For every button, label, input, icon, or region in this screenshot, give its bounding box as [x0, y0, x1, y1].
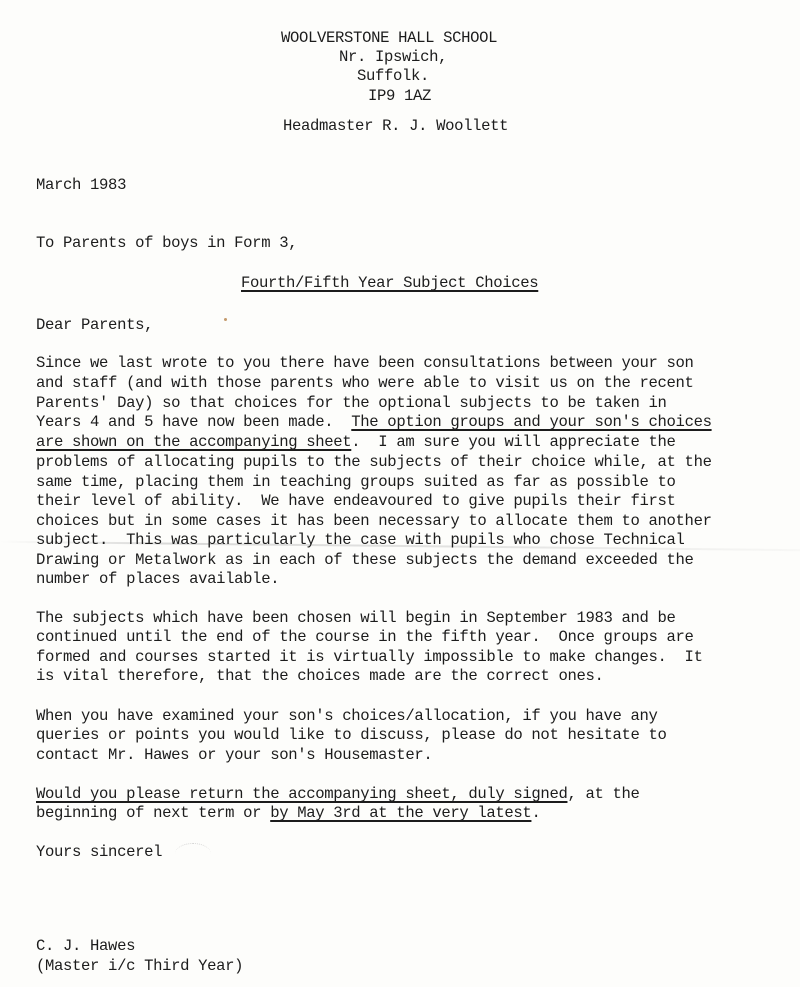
letter-recipient: To Parents of boys in Form 3, — [36, 234, 297, 253]
signatory-name: C. J. Hawes — [36, 937, 135, 956]
paragraph-line: Years 4 and 5 have now been made. The op… — [36, 413, 712, 432]
salutation: Dear Parents, — [36, 316, 153, 335]
paragraph-line: and staff (and with those parents who we… — [36, 374, 694, 393]
letterhead-school-name: WOOLVERSTONE HALL SCHOOL — [281, 29, 497, 48]
underlined-text: are shown on the accompanying sheet — [36, 433, 351, 451]
underlined-text: by May 3rd at the very latest — [270, 804, 531, 822]
paragraph-line: number of places available. — [36, 570, 279, 589]
letterhead-address-line1: Nr. Ipswich, — [339, 48, 447, 67]
paragraph-line: contact Mr. Hawes or your son's Housemas… — [36, 746, 432, 765]
paragraph-line: Since we last wrote to you there have be… — [36, 354, 694, 373]
letterhead-headmaster: Headmaster R. J. Woollett — [283, 117, 508, 136]
paragraph-line: beginning of next term or by May 3rd at … — [36, 804, 540, 823]
paragraph-line: same time, placing them in teaching grou… — [36, 473, 676, 492]
paragraph-line: is vital therefore, that the choices mad… — [36, 667, 604, 686]
paragraph-line: The subjects which have been chosen will… — [36, 609, 676, 628]
text-span: Years 4 and 5 have now been made. — [36, 413, 351, 431]
paragraph-line: continued until the end of the course in… — [36, 628, 694, 647]
paragraph-line: their level of ability. We have endeavou… — [36, 492, 676, 511]
text-span: . I am sure you will appreciate the — [351, 433, 675, 451]
letter-date: March 1983 — [36, 176, 126, 195]
letterhead-postcode: IP9 1AZ — [368, 87, 431, 106]
paragraph-line: queries or points you would like to disc… — [36, 726, 667, 745]
paragraph-line: Would you please return the accompanying… — [36, 785, 640, 804]
paragraph-line: formed and courses started it is virtual… — [36, 648, 703, 667]
letterhead-address-line2: Suffolk. — [357, 67, 429, 86]
signatory-title: (Master i/c Third Year) — [36, 957, 243, 976]
underlined-text: Would you please return the accompanying… — [36, 785, 567, 803]
text-span: . — [531, 804, 540, 822]
closing: Yours sincerel — [36, 843, 162, 862]
text-span: , at the — [567, 785, 639, 803]
subject-heading: Fourth/Fifth Year Subject Choices — [241, 274, 538, 293]
paragraph-line: subject. This was particularly the case … — [36, 531, 685, 550]
paragraph-line: Parents' Day) so that choices for the op… — [36, 394, 667, 413]
paragraph-line: Drawing or Metalwork as in each of these… — [36, 551, 694, 570]
paragraph-line: are shown on the accompanying sheet. I a… — [36, 433, 676, 452]
underlined-text: The option groups and your son's choices — [351, 413, 711, 431]
ink-speck — [224, 318, 227, 321]
paragraph-line: When you have examined your son's choice… — [36, 707, 658, 726]
paragraph-line: problems of allocating pupils to the sub… — [36, 453, 712, 472]
text-span: beginning of next term or — [36, 804, 270, 822]
ink-smudge — [175, 843, 211, 864]
paragraph-line: choices but in some cases it has been ne… — [36, 512, 712, 531]
